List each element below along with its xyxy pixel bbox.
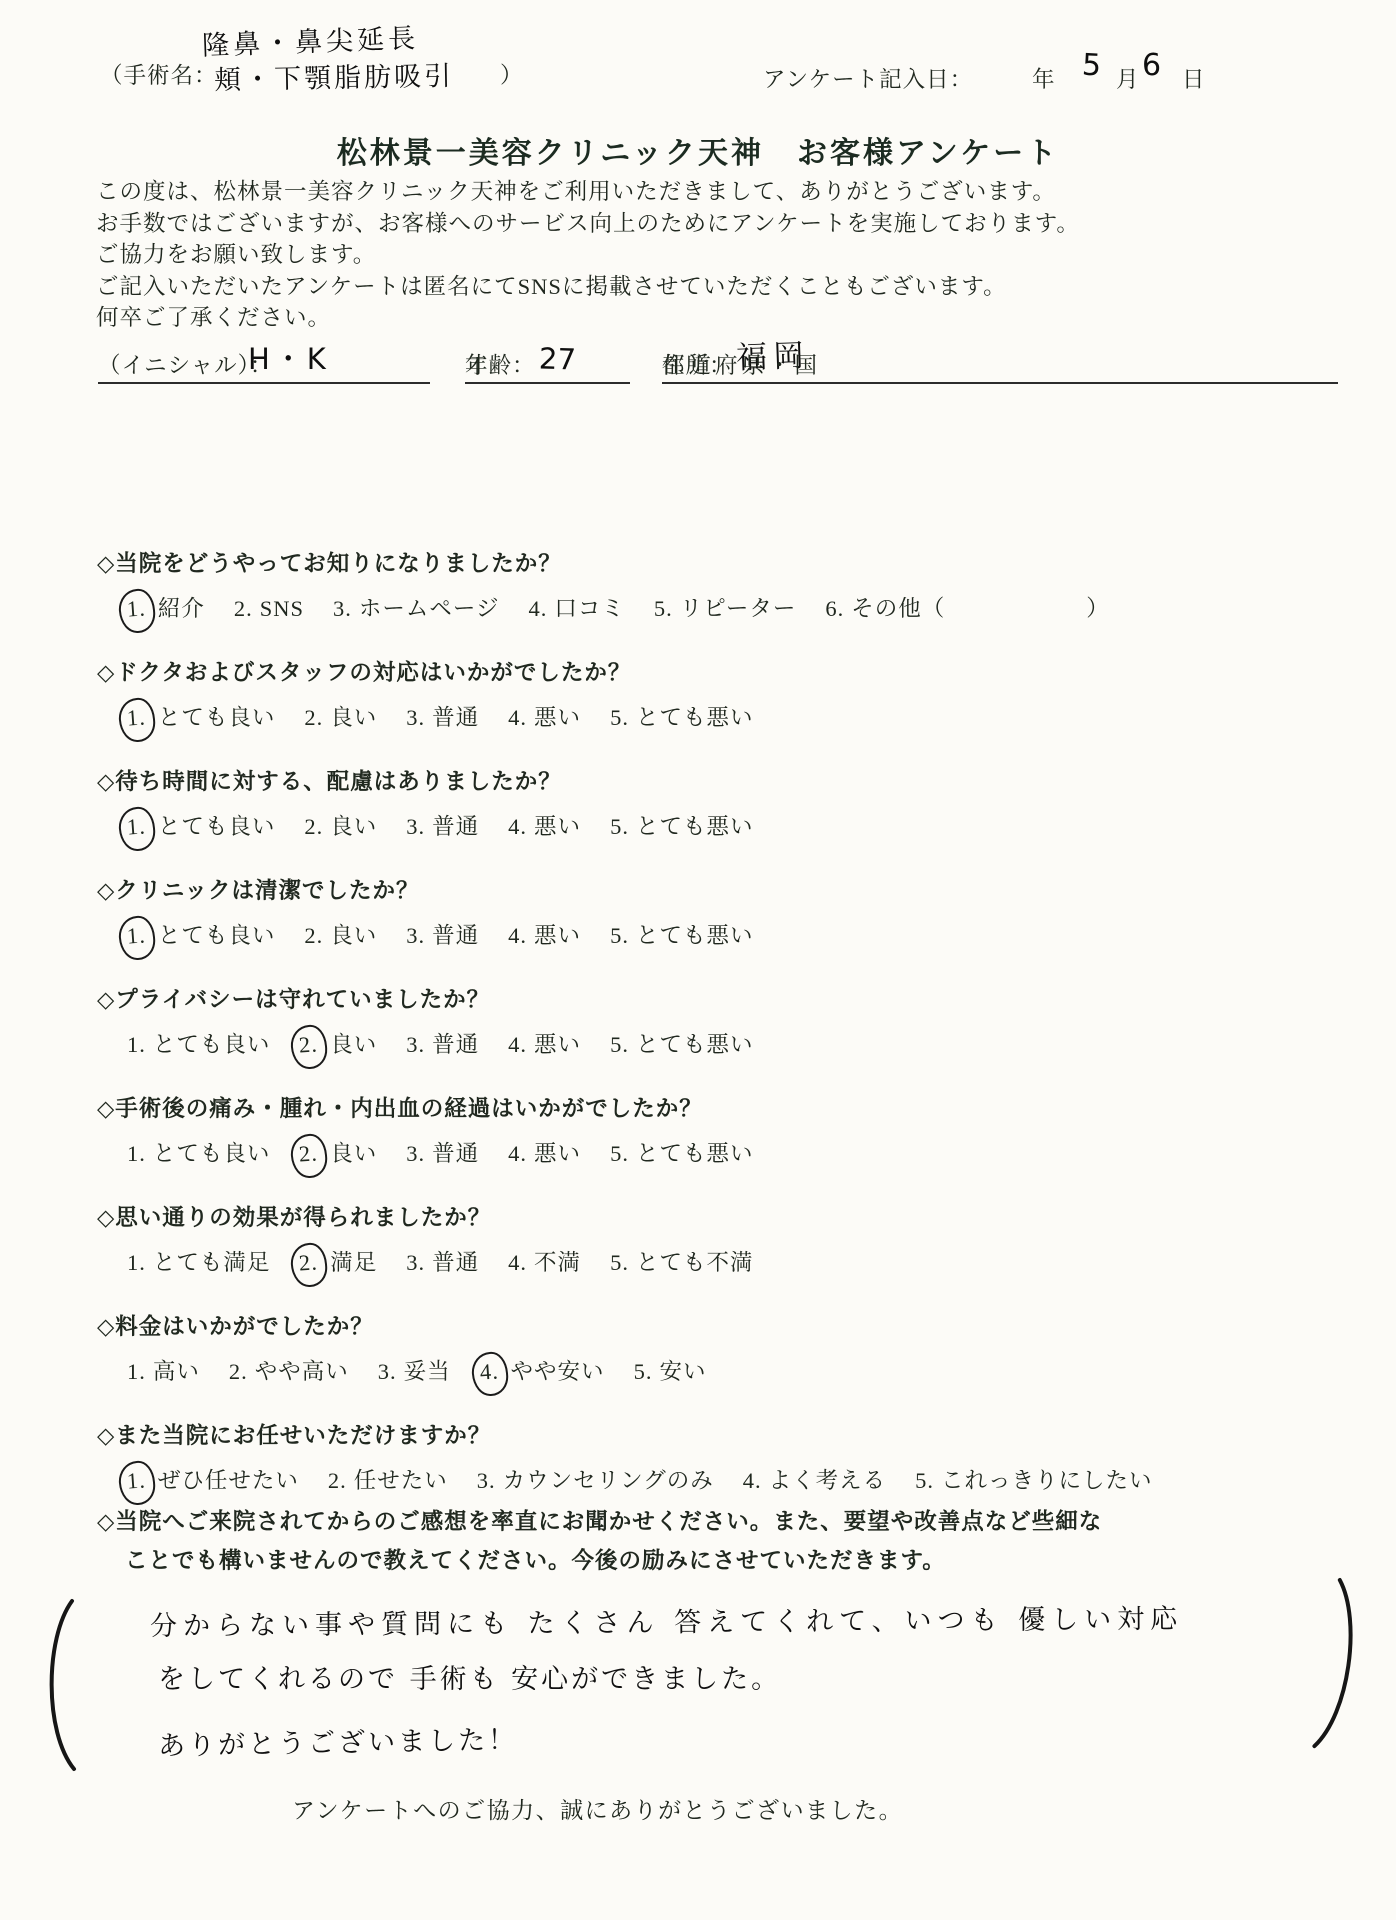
option-label: これっきりにしたい bbox=[941, 1468, 1153, 1493]
option: 4.悪い bbox=[508, 1032, 581, 1057]
question-heading: ◇また当院にお任せいただけますか？ bbox=[97, 1418, 1346, 1450]
option-number: 5. bbox=[610, 1250, 629, 1275]
option-label: 良い bbox=[330, 814, 377, 839]
option-number: 4. bbox=[508, 923, 527, 948]
circled-answer-number: 2. bbox=[290, 1242, 329, 1288]
option-label: 妥当 bbox=[404, 1359, 451, 1384]
option: 2.良い bbox=[304, 923, 377, 948]
option-number: 4. bbox=[508, 1141, 527, 1166]
option-label: とても良い bbox=[153, 1032, 271, 1057]
option-number: 2. bbox=[304, 705, 323, 730]
question-block: ◇思い通りの効果が得られましたか？1.とても満足2.満足3.普通4.不満5.とて… bbox=[97, 1200, 1346, 1277]
intro-line: ご協力をお願い致します。 bbox=[96, 239, 1080, 271]
option-number: 2. bbox=[234, 596, 253, 621]
question-options: 1.とても良い2.良い3.普通4.悪い5.とても悪い bbox=[127, 918, 1346, 950]
age-field: 年齢： 27 才 bbox=[465, 340, 630, 384]
question-options: 1.とても良い2.良い3.普通4.悪い5.とても悪い bbox=[127, 700, 1346, 732]
option-label: 高い bbox=[153, 1359, 200, 1384]
option-number: 3. bbox=[406, 1032, 425, 1057]
option-number: 3. bbox=[333, 596, 352, 621]
option-number: 3. bbox=[406, 923, 425, 948]
option: 2.良い bbox=[299, 1032, 377, 1057]
question-options: 1.紹介2.SNS3.ホームページ4.口コミ5.リピーター6.その他（ ） bbox=[127, 591, 1346, 623]
option-number: 3. bbox=[406, 1250, 425, 1275]
option: 4.悪い bbox=[508, 1141, 581, 1166]
surgery-name-label-open: （手術名： bbox=[100, 58, 218, 90]
circled-answer-number: 2. bbox=[290, 1133, 329, 1179]
option-number: 3. bbox=[378, 1359, 397, 1384]
option: 4.悪い bbox=[508, 814, 581, 839]
option: 6.その他（ ） bbox=[825, 596, 1109, 621]
region-label: 都道府県・国 bbox=[662, 348, 821, 380]
option: 5.とても悪い bbox=[610, 705, 753, 730]
questions-section: ◇当院をどうやってお知りになりましたか？1.紹介2.SNS3.ホームページ4.口… bbox=[97, 546, 1346, 1527]
option-label: 口コミ bbox=[554, 596, 625, 621]
option-label: よく考える bbox=[769, 1468, 887, 1493]
option: 3.普通 bbox=[406, 1250, 479, 1275]
intro-line: お手数ではございますが、お客様へのサービス向上のためにアンケートを実施しておりま… bbox=[96, 208, 1080, 240]
question-heading: ◇料金はいかがでしたか？ bbox=[97, 1309, 1346, 1341]
option-label: とても良い bbox=[153, 1141, 271, 1166]
question-block: ◇料金はいかがでしたか？1.高い2.やや高い3.妥当4.やや安い5.安い bbox=[97, 1309, 1346, 1386]
option: 3.妥当 bbox=[378, 1359, 451, 1384]
question-heading: ◇ドクタおよびスタッフの対応はいかがでしたか？ bbox=[97, 655, 1346, 687]
question-heading: ◇プライバシーは守れていましたか？ bbox=[97, 982, 1346, 1014]
question-options: 1.とても満足2.満足3.普通4.不満5.とても不満 bbox=[127, 1245, 1346, 1277]
option: 2.任せたい bbox=[328, 1468, 448, 1493]
circled-answer-number: 1. bbox=[118, 915, 157, 961]
footer-thanks: アンケートへのご協力、誠にありがとうございました。 bbox=[292, 1792, 903, 1825]
page-title: 松林景一美容クリニック天神 お客様アンケート bbox=[0, 128, 1396, 172]
option: 5.とても悪い bbox=[610, 1141, 753, 1166]
option-label: 普通 bbox=[432, 1141, 479, 1166]
handwritten-comment-box: 分からない事や質問にも たくさん 答えてくれて、いつも 優しい対応をしてくれるの… bbox=[38, 1582, 1362, 1782]
question-block: ◇プライバシーは守れていましたか？1.とても良い2.良い3.普通4.悪い5.とて… bbox=[97, 982, 1346, 1059]
option-number: 4. bbox=[508, 705, 527, 730]
option: 5.リピーター bbox=[654, 596, 796, 621]
option-number: 5. bbox=[610, 705, 629, 730]
option: 4.悪い bbox=[508, 923, 581, 948]
survey-date-label: アンケート記入日： bbox=[763, 62, 973, 94]
question-heading: ◇待ち時間に対する、配慮はありましたか？ bbox=[97, 764, 1346, 796]
option-number: 2. bbox=[304, 923, 323, 948]
initial-value-handwritten: H・K bbox=[248, 337, 330, 378]
option-number: 6. bbox=[825, 596, 844, 621]
question-block: ◇待ち時間に対する、配慮はありましたか？1.とても良い2.良い3.普通4.悪い5… bbox=[97, 764, 1346, 841]
option: 4.不満 bbox=[508, 1250, 581, 1275]
option: 2.良い bbox=[304, 814, 377, 839]
option: 4.口コミ bbox=[528, 596, 624, 621]
circled-answer-number: 4. bbox=[470, 1351, 509, 1397]
circled-answer-number: 1. bbox=[118, 1460, 157, 1506]
surgery-name-label-close: ） bbox=[500, 58, 524, 90]
option-number: 1. bbox=[127, 1141, 146, 1166]
option: 5.とても悪い bbox=[610, 1032, 753, 1057]
survey-sheet: （手術名： 隆鼻・鼻尖延長 頬・下顎脂肪吸引 ） アンケート記入日： 年 5 月… bbox=[0, 0, 1396, 1920]
handwritten-comment: 分からない事や質問にも たくさん 答えてくれて、いつも 優しい対応をしてくれるの… bbox=[38, 1582, 1362, 1765]
circled-answer-number: 1. bbox=[118, 806, 157, 852]
question-options: 1.高い2.やや高い3.妥当4.やや安い5.安い bbox=[127, 1354, 1346, 1386]
option: 1.とても良い bbox=[127, 923, 275, 948]
option: 1.とても良い bbox=[127, 814, 275, 839]
option-number: 1. bbox=[127, 1359, 146, 1384]
option-label: 普通 bbox=[432, 705, 479, 730]
option-label: とても良い bbox=[158, 705, 276, 730]
date-month-label: 月 bbox=[1116, 62, 1140, 94]
option-label: 普通 bbox=[432, 814, 479, 839]
question-options: 1.とても良い2.良い3.普通4.悪い5.とても悪い bbox=[127, 1027, 1346, 1059]
option-number: 5. bbox=[610, 1032, 629, 1057]
question-block: ◇当院をどうやってお知りになりましたか？1.紹介2.SNS3.ホームページ4.口… bbox=[97, 546, 1346, 623]
option: 3.普通 bbox=[406, 1032, 479, 1057]
intro-line: ご記入いただいたアンケートは匿名にてSNSに掲載させていただくこともございます。 bbox=[96, 271, 1080, 303]
circled-answer-number: 1. bbox=[118, 588, 157, 634]
option-label: やや高い bbox=[255, 1359, 349, 1384]
option-number: 3. bbox=[406, 814, 425, 839]
date-year-label: 年 bbox=[1032, 62, 1056, 94]
option-number: 3. bbox=[406, 705, 425, 730]
option: 2.良い bbox=[299, 1141, 377, 1166]
option: 1.紹介 bbox=[127, 596, 205, 621]
option: 5.とても悪い bbox=[610, 923, 753, 948]
option-label: とても悪い bbox=[636, 814, 754, 839]
date-day-value-handwritten: 6 bbox=[1142, 48, 1161, 83]
option-label: 悪い bbox=[534, 1141, 581, 1166]
option-label: 悪い bbox=[534, 923, 581, 948]
circled-answer-number: 2. bbox=[290, 1024, 329, 1070]
option: 2.満足 bbox=[299, 1250, 377, 1275]
option-number: 2. bbox=[229, 1359, 248, 1384]
option-label: 任せたい bbox=[354, 1468, 448, 1493]
option-label: とても悪い bbox=[636, 923, 754, 948]
question-block: ◇クリニックは清潔でしたか？1.とても良い2.良い3.普通4.悪い5.とても悪い bbox=[97, 873, 1346, 950]
option: 4.よく考える bbox=[743, 1468, 886, 1493]
comment-prompt-line: ◇当院へご来院されてからのご感想を率直にお聞かせください。また、要望や改善点など… bbox=[97, 1502, 1102, 1541]
question-heading: ◇クリニックは清潔でしたか？ bbox=[97, 873, 1346, 905]
address-field: 住所： 福岡 都道府県・国 bbox=[662, 340, 1338, 384]
intro-line: この度は、松林景一美容クリニック天神をご利用いただきまして、ありがとうございます… bbox=[96, 176, 1080, 208]
option-label: 良い bbox=[330, 1032, 377, 1057]
comment-prompt-line: ことでも構いませんので教えてください。今後の励みにさせていただきます。 bbox=[97, 1541, 1102, 1580]
option-label: とても良い bbox=[158, 814, 276, 839]
option: 1.高い bbox=[127, 1359, 200, 1384]
question-options: 1.とても良い2.良い3.普通4.悪い5.とても悪い bbox=[127, 809, 1346, 841]
option-label: 普通 bbox=[432, 1250, 479, 1275]
option: 1.とても良い bbox=[127, 1032, 270, 1057]
question-block: ◇また当院にお任せいただけますか？1.ぜひ任せたい2.任せたい3.カウンセリング… bbox=[97, 1418, 1346, 1495]
question-options: 1.とても良い2.良い3.普通4.悪い5.とても悪い bbox=[127, 1136, 1346, 1168]
handwritten-comment-line: ありがとうございました！ bbox=[158, 1698, 1293, 1775]
option-number: 5. bbox=[915, 1468, 934, 1493]
handwritten-comment-line: 分からない事や質問にも たくさん 答えてくれて、いつも 優しい対応 bbox=[150, 1590, 1292, 1655]
option-number: 1. bbox=[127, 1250, 146, 1275]
question-heading: ◇思い通りの効果が得られましたか？ bbox=[97, 1200, 1346, 1232]
option-label: 安い bbox=[659, 1359, 706, 1384]
option: 1.ぜひ任せたい bbox=[127, 1468, 299, 1493]
option: 3.普通 bbox=[406, 1141, 479, 1166]
circled-answer-number: 1. bbox=[118, 697, 157, 743]
option-label: とても悪い bbox=[636, 1032, 754, 1057]
option: 5.とても不満 bbox=[610, 1250, 753, 1275]
question-heading: ◇手術後の痛み・腫れ・内出血の経過はいかがでしたか？ bbox=[97, 1091, 1346, 1123]
question-block: ◇ドクタおよびスタッフの対応はいかがでしたか？1.とても良い2.良い3.普通4.… bbox=[97, 655, 1346, 732]
option-label: とても不満 bbox=[636, 1250, 754, 1275]
option-label: やや安い bbox=[511, 1359, 605, 1384]
question-block: ◇手術後の痛み・腫れ・内出血の経過はいかがでしたか？1.とても良い2.良い3.普… bbox=[97, 1091, 1346, 1168]
option: 1.とても良い bbox=[127, 705, 275, 730]
option-label: 普通 bbox=[432, 923, 479, 948]
option-number: 5. bbox=[634, 1359, 653, 1384]
comment-prompt: ◇当院へご来院されてからのご感想を率直にお聞かせください。また、要望や改善点など… bbox=[97, 1502, 1102, 1580]
option-number: 4. bbox=[508, 1032, 527, 1057]
option-label: 悪い bbox=[534, 1032, 581, 1057]
option-number: 4. bbox=[528, 596, 547, 621]
date-day-label: 日 bbox=[1182, 62, 1206, 94]
option: 3.カウンセリングのみ bbox=[477, 1468, 714, 1493]
option-number: 5. bbox=[610, 814, 629, 839]
option: 5.これっきりにしたい bbox=[915, 1468, 1152, 1493]
option-label: ぜひ任せたい bbox=[158, 1468, 299, 1493]
option-number: 5. bbox=[654, 596, 673, 621]
option-number: 5. bbox=[610, 1141, 629, 1166]
option-label: 普通 bbox=[432, 1032, 479, 1057]
option: 3.ホームページ bbox=[333, 596, 499, 621]
option-label: 良い bbox=[330, 923, 377, 948]
option-number: 3. bbox=[477, 1468, 496, 1493]
option-label: とても悪い bbox=[636, 705, 754, 730]
option-number: 5. bbox=[610, 923, 629, 948]
option-number: 4. bbox=[508, 1250, 527, 1275]
option: 3.普通 bbox=[406, 814, 479, 839]
option-number: 4. bbox=[508, 814, 527, 839]
option-label: 満足 bbox=[330, 1250, 377, 1275]
option-number: 2. bbox=[304, 814, 323, 839]
option-label: 良い bbox=[330, 705, 377, 730]
date-month-value-handwritten: 5 bbox=[1081, 48, 1102, 84]
option-label: その他（ ） bbox=[851, 596, 1110, 621]
option: 5.安い bbox=[634, 1359, 707, 1384]
option: 3.普通 bbox=[406, 923, 479, 948]
option: 1.とても良い bbox=[127, 1141, 270, 1166]
option: 3.普通 bbox=[406, 705, 479, 730]
age-unit-label: 才 bbox=[465, 348, 489, 380]
age-value-handwritten: 27 bbox=[538, 341, 576, 376]
handwritten-comment-line: をしてくれるので 手術も 安心ができました。 bbox=[158, 1651, 1292, 1708]
option: 2.やや高い bbox=[229, 1359, 349, 1384]
option-label: とても満足 bbox=[153, 1250, 271, 1275]
option-label: とても良い bbox=[158, 923, 276, 948]
intro-paragraph: この度は、松林景一美容クリニック天神をご利用いただきまして、ありがとうございます… bbox=[96, 176, 1080, 334]
option-number: 1. bbox=[127, 1032, 146, 1057]
option-label: 紹介 bbox=[158, 596, 205, 621]
option-label: とても悪い bbox=[636, 1141, 754, 1166]
option-number: 2. bbox=[328, 1468, 347, 1493]
option-label: カウンセリングのみ bbox=[503, 1468, 714, 1493]
option: 4.やや安い bbox=[480, 1359, 605, 1384]
initial-field: （イニシャル）： H・K bbox=[98, 340, 430, 384]
option: 4.悪い bbox=[508, 705, 581, 730]
option-label: 良い bbox=[330, 1141, 377, 1166]
option-label: リピーター bbox=[680, 596, 797, 621]
intro-line: 何卒ご了承ください。 bbox=[96, 302, 1080, 334]
option-label: ホームページ bbox=[359, 596, 500, 621]
surgery-name-handwritten-line2: 頬・下顎脂肪吸引 bbox=[214, 54, 455, 97]
option: 5.とても悪い bbox=[610, 814, 753, 839]
left-parenthesis bbox=[38, 1596, 80, 1774]
option-number: 3. bbox=[406, 1141, 425, 1166]
option-number: 4. bbox=[743, 1468, 762, 1493]
option-label: 悪い bbox=[534, 705, 581, 730]
option-label: 悪い bbox=[534, 814, 581, 839]
option: 2.良い bbox=[304, 705, 377, 730]
option: 2.SNS bbox=[234, 596, 304, 621]
option-label: SNS bbox=[260, 596, 304, 621]
question-heading: ◇当院をどうやってお知りになりましたか？ bbox=[97, 546, 1346, 578]
question-options: 1.ぜひ任せたい2.任せたい3.カウンセリングのみ4.よく考える5.これっきりに… bbox=[127, 1463, 1346, 1495]
option-label: 不満 bbox=[534, 1250, 581, 1275]
option: 1.とても満足 bbox=[127, 1250, 270, 1275]
